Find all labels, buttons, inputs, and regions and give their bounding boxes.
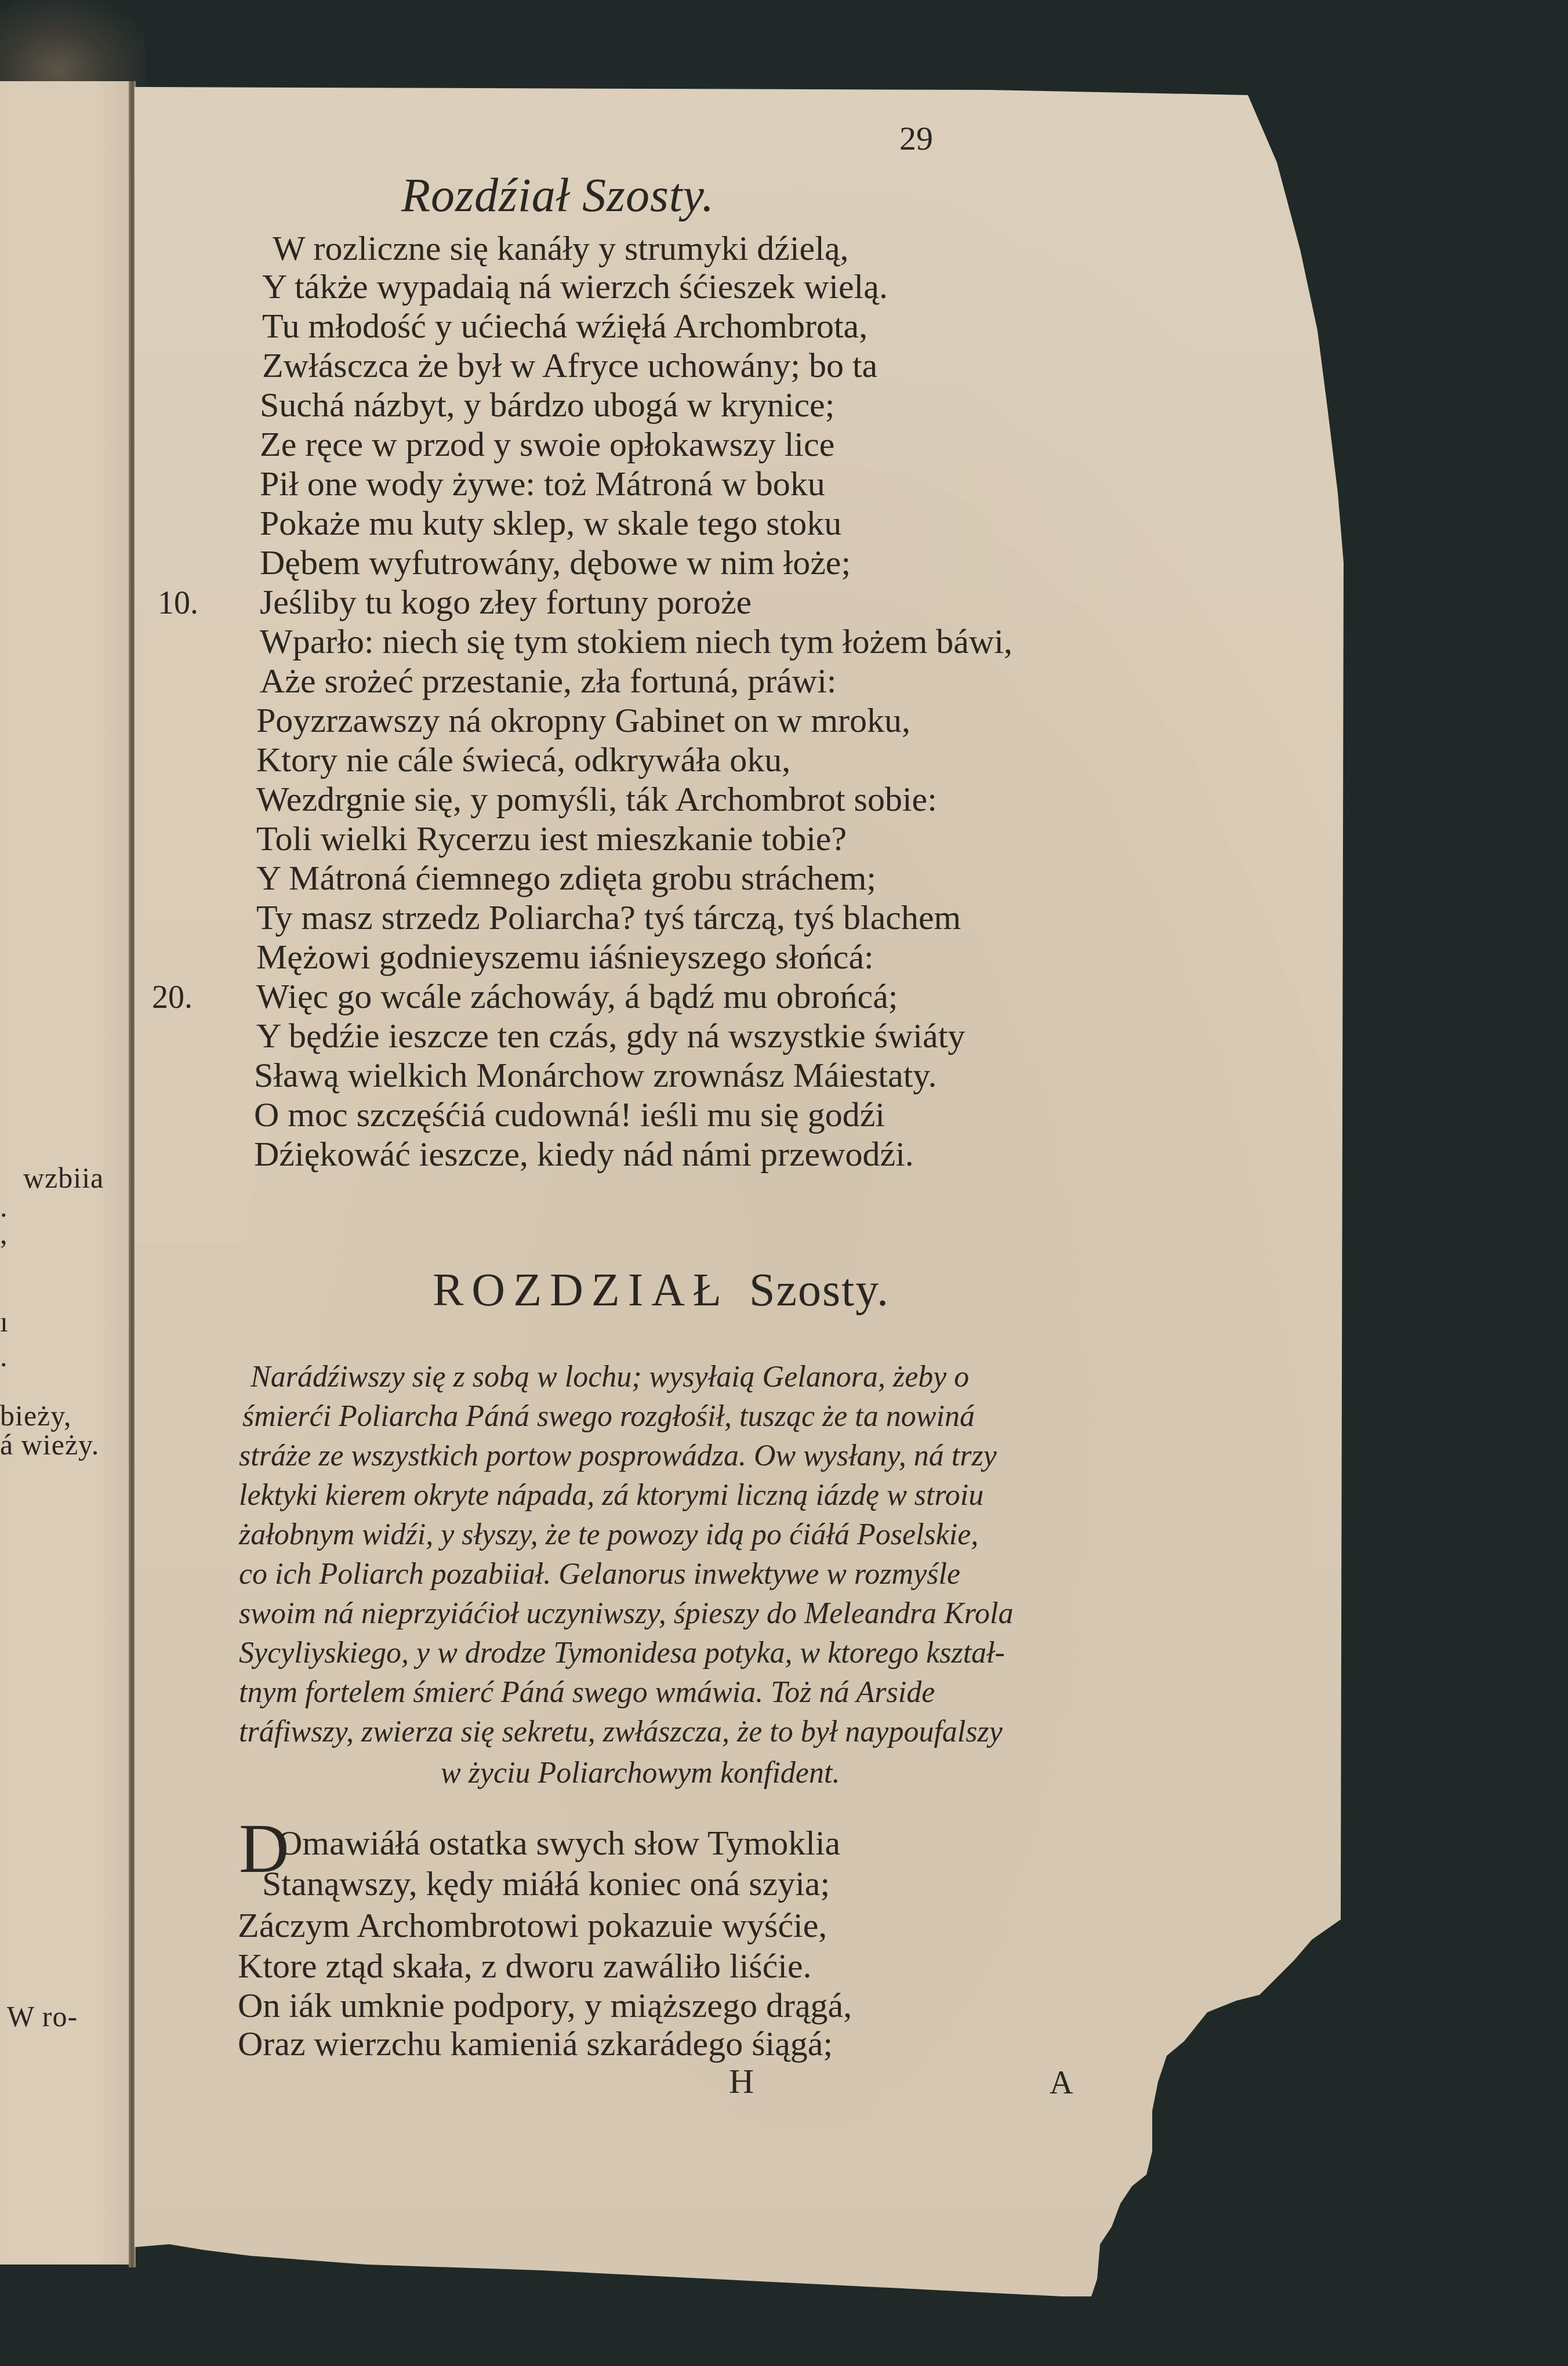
signature-mark: H	[729, 2062, 754, 2102]
argument-line: w życiu Poliarchowym konfident.	[441, 1756, 840, 1790]
verse-line: Sławą wielkich Monárchow zrownász Máiest…	[254, 1058, 937, 1093]
verse-line: Stanąwszy, kędy miáłá koniec oná szyia;	[262, 1866, 830, 1901]
previous-page-fragment: wzbiia . , ı . bieży, á wieży. W ro-	[0, 81, 132, 2265]
verse-line: O moc szczęśćiá cudowná! ieśli mu się go…	[254, 1097, 885, 1132]
verse-line: Omawiáłá ostatka swych słow Tymoklia	[277, 1826, 840, 1860]
verse-line: Tu młodość y ućiechá wźięłá Archombrota,	[262, 309, 868, 343]
verse-line: Wezdrgnie się, y pomyśli, ták Archombrot…	[256, 782, 937, 817]
verse-line: Dębem wyfutrowány, dębowe w nim łoże;	[260, 545, 851, 580]
argument-line: tnym fortelem śmierć Páná swego wmáwia. …	[239, 1675, 935, 1710]
verse-line: Y będźie ieszcze ten czás, gdy ná wszyst…	[256, 1018, 965, 1053]
argument-line: lektyki kierem okryte nápada, zá ktorymi…	[239, 1478, 983, 1512]
chapter-heading-sub: Szosty.	[749, 1265, 890, 1316]
catchword: A	[1050, 2064, 1073, 2102]
verse-line: Oraz wierzchu kamieniá szkarádego śiągá;	[238, 2026, 833, 2061]
line-number: 10.	[158, 585, 198, 622]
verse-line: Ty masz strzedz Poliarcha? tyś tárczą, t…	[256, 900, 961, 935]
argument-line: swoim ná nieprzyiáćioł uczyniwszy, śpies…	[239, 1596, 1014, 1631]
verse-line: Toli wielki Rycerzu iest mieszkanie tobi…	[256, 821, 847, 856]
verse-line: Ze ręce w przod y swoie opłokawszy lice	[260, 427, 834, 462]
argument-line: co ich Poliarch pozabiiał. Gelanorus inw…	[239, 1557, 960, 1591]
verse-line: Wparło: niech się tym stokiem niech tym …	[260, 624, 1012, 659]
left-fragment-text: .	[0, 1340, 8, 1373]
argument-line: żałobnym widźi, y słyszy, że te powozy i…	[239, 1518, 978, 1552]
argument-line: Narádźiwszy się z sobą w lochu; wysyłaią…	[251, 1360, 969, 1394]
left-fragment-text: ,	[0, 1217, 8, 1250]
argument-line: śmierći Poliarcha Páná swego rozgłośił, …	[242, 1399, 975, 1434]
verse-line: Y tákże wypadaią ná wierzch śćieszek wie…	[262, 269, 888, 304]
binding-edge	[0, 0, 145, 87]
line-number: 20.	[152, 979, 193, 1016]
scan-background-top	[0, 0, 1568, 93]
running-head: Rozdźiał Szosty.	[401, 168, 714, 223]
verse-line: Więc go wcále záchowáy, á bądź mu obrońc…	[256, 979, 898, 1014]
verse-line: Poyzrzawszy ná okropny Gabinet on w mrok…	[256, 703, 910, 738]
chapter-heading-main: ROZDZIAŁ	[433, 1265, 729, 1316]
verse-line: Dźiękowáć ieszcze, kiedy nád námi przewo…	[254, 1137, 914, 1171]
left-fragment-text: wzbiia	[23, 1161, 104, 1195]
verse-line: Ktory nie cále świecá, odkrywáła oku,	[256, 742, 790, 777]
page-number: 29	[899, 119, 933, 158]
verse-line: Pił one wody żywe: toż Mátroná w boku	[260, 466, 825, 501]
argument-line: Sycyliyskiego, y w drodze Tymonidesa pot…	[239, 1636, 1005, 1670]
argument-line: stráże ze wszystkich portow posprowádza.…	[239, 1439, 997, 1473]
left-fragment-text: á wieży.	[0, 1428, 99, 1461]
argument-line: tráfiwszy, zwierza się sekretu, zwłászcz…	[239, 1715, 1003, 1749]
verse-line: Ktore ztąd skała, z dworu zawáliło liśći…	[238, 1948, 812, 1983]
verse-line: Mężowi godnieyszemu iáśnieyszego słońcá:	[256, 939, 874, 974]
verse-line: Pokaże mu kuty sklep, w skale tego stoku	[260, 506, 841, 540]
verse-line: On iák umknie podpory, y miąższego drągá…	[238, 1988, 852, 2023]
left-fragment-text: W ro-	[7, 2000, 78, 2033]
chapter-heading: ROZDZIAŁ Szosty.	[433, 1264, 890, 1317]
verse-line: Zwłásczca że był w Afryce uchowány; bo t…	[262, 348, 877, 383]
verse-line: W rozliczne się kanáły y strumyki dźielą…	[273, 231, 849, 266]
verse-line: Záczym Archombrotowi pokazuie wyśćie,	[238, 1908, 827, 1943]
verse-line: Y Mátroná ćiemnego zdięta grobu stráchem…	[256, 861, 876, 895]
verse-line: Suchá názbyt, y bárdzo ubogá w krynice;	[260, 387, 834, 422]
verse-line: Aże srożeć przestanie, zła fortuná, práw…	[260, 663, 836, 698]
left-fragment-text: ı	[0, 1305, 9, 1338]
verse-line: Jeśliby tu kogo złey fortuny poroże	[260, 585, 752, 619]
